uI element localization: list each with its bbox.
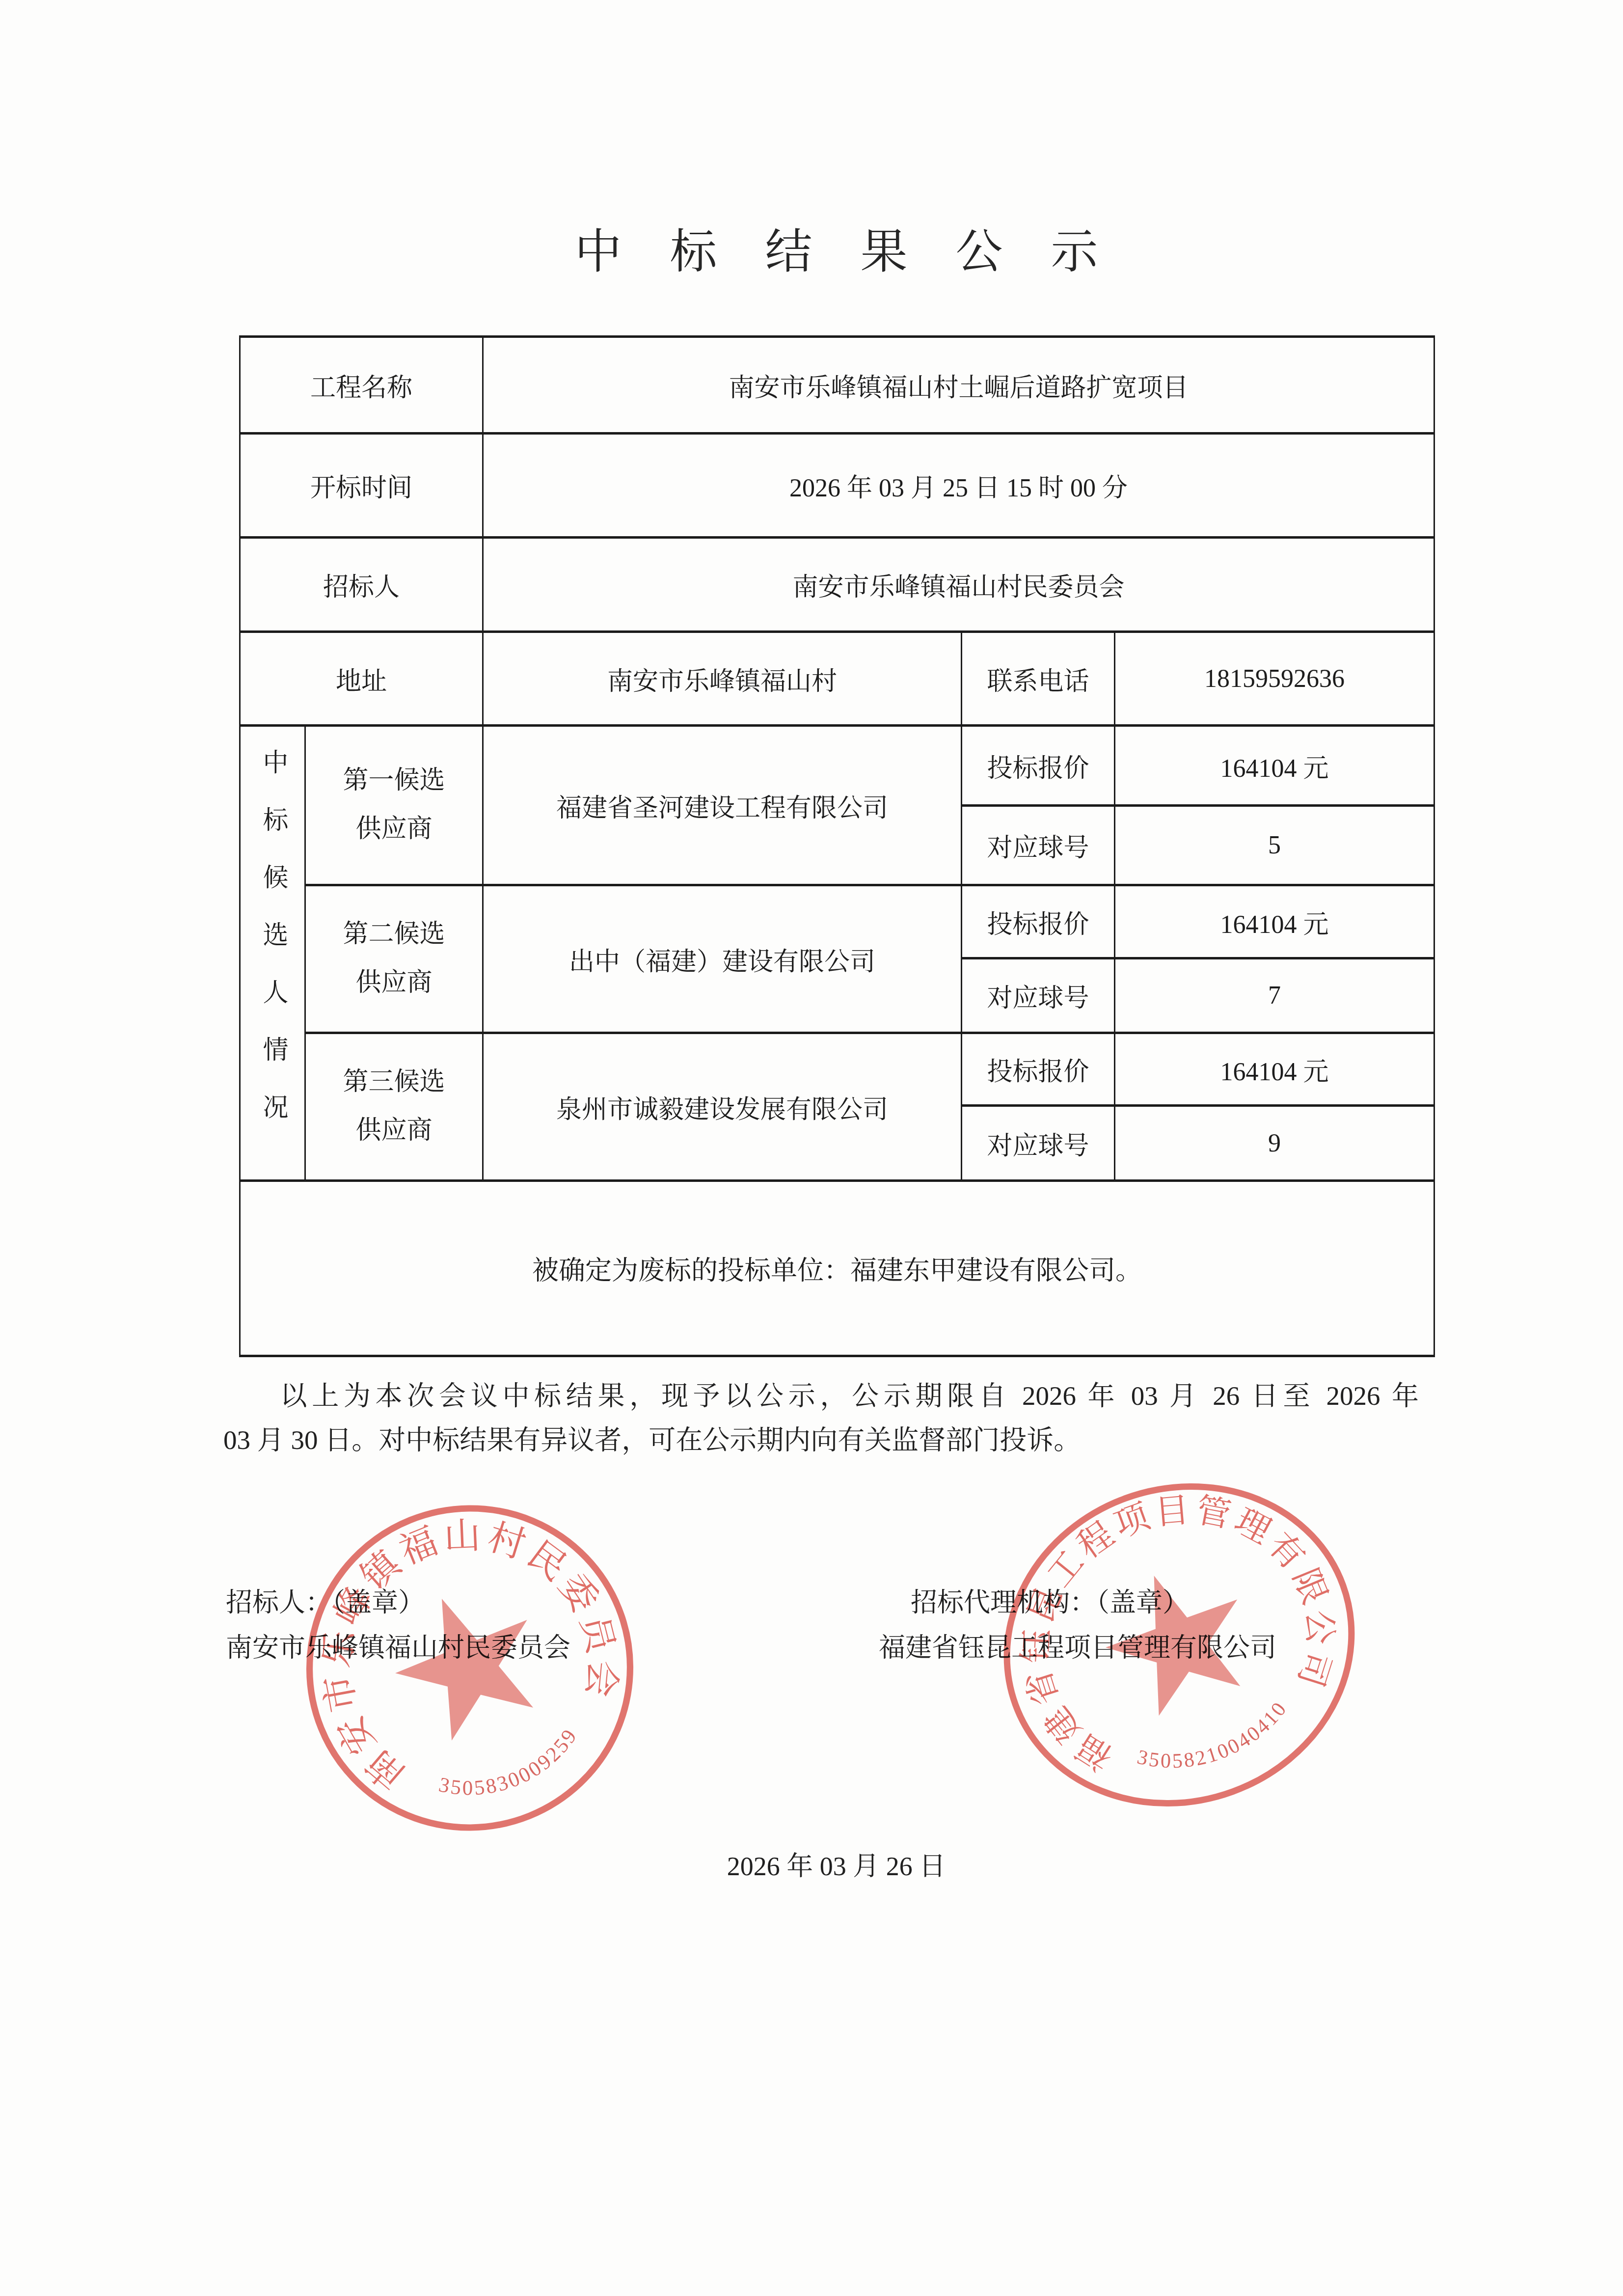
document-page: 中标结果公示 工程名称 南安市乐峰镇福山村土崛后道路扩宽项目 开标时间 2026… — [0, 0, 1623, 2296]
candidate1-company: 福建省圣河建设工程有限公司 — [483, 726, 962, 885]
tenderee-label: 招标人 — [240, 538, 483, 632]
seal-star-icon — [376, 1572, 559, 1751]
svg-text:35058210040410: 35058210040410 — [1129, 1693, 1301, 1793]
candidate3-company: 泉州市诚毅建设发展有限公司 — [483, 1033, 962, 1181]
candidate2-company: 出中（福建）建设有限公司 — [483, 885, 962, 1033]
announcement-paragraph: 以上为本次会议中标结果，现予以公示，公示期限自 2026 年 03 月 26 日… — [223, 1374, 1419, 1462]
candidate3-price-label: 投标报价 — [962, 1033, 1115, 1106]
invalid-bid-note: 被确定为废标的投标单位：福建东甲建设有限公司。 — [240, 1181, 1434, 1356]
address-label: 地址 — [240, 632, 483, 726]
candidate2-ball-label: 对应球号 — [962, 958, 1115, 1033]
project-name-value: 南安市乐峰镇福山村土崛后道路扩宽项目 — [483, 337, 1434, 434]
bid-result-table: 工程名称 南安市乐峰镇福山村土崛后道路扩宽项目 开标时间 2026 年 03 月… — [239, 335, 1435, 1357]
agency-seal: 福建省钰昆工程项目管理有限公司 35058210040410 — [993, 1478, 1366, 1812]
candidates-section-header: 中标候选人情况 — [240, 726, 305, 1181]
candidate2-price-label: 投标报价 — [962, 885, 1115, 958]
candidate3-ball-label: 对应球号 — [962, 1106, 1115, 1181]
phone-label: 联系电话 — [962, 632, 1115, 726]
project-name-label: 工程名称 — [240, 337, 483, 434]
page-title: 中标结果公示 — [239, 214, 1434, 281]
table-row: 招标人 南安市乐峰镇福山村民委员会 — [240, 538, 1434, 632]
candidate3-ball-value: 9 — [1115, 1106, 1434, 1181]
seal-star-icon — [1088, 1552, 1266, 1725]
tenderee-value: 南安市乐峰镇福山村民委员会 — [483, 538, 1434, 632]
candidate1-price-label: 投标报价 — [962, 726, 1115, 806]
candidate2-price-value: 164104 元 — [1115, 885, 1434, 958]
candidate2-ball-value: 7 — [1115, 958, 1434, 1033]
open-time-value: 2026 年 03 月 25 日 15 时 00 分 — [483, 434, 1434, 538]
address-value: 南安市乐峰镇福山村 — [483, 632, 962, 726]
announcement-line2: 03 月 30 日。对中标结果有异议者，可在公示期内向有关监督部门投诉。 — [223, 1418, 1419, 1462]
candidate2-rank-label: 第二候选供应商 — [305, 885, 483, 1033]
open-time-label: 开标时间 — [240, 434, 483, 538]
candidate1-price-value: 164104 元 — [1115, 726, 1434, 806]
candidate1-rank-label: 第一候选供应商 — [305, 726, 483, 885]
tenderee-seal: 南安市乐峰镇福山村民委员会 3505830009259 — [300, 1499, 639, 1837]
table-row: 开标时间 2026 年 03 月 25 日 15 时 00 分 — [240, 434, 1434, 538]
candidate3-rank-label: 第三候选供应商 — [305, 1033, 483, 1181]
table-row: 第三候选供应商 泉州市诚毅建设发展有限公司 投标报价 164104 元 — [240, 1033, 1434, 1106]
seal-serial-number: 35058210040410 — [1129, 1693, 1301, 1793]
announcement-line1: 以上为本次会议中标结果，现予以公示，公示期限自 2026 年 03 月 26 日… — [223, 1374, 1419, 1418]
candidate1-ball-value: 5 — [1115, 806, 1434, 885]
table-row: 中标候选人情况 第一候选供应商 福建省圣河建设工程有限公司 投标报价 16410… — [240, 726, 1434, 806]
table-row: 工程名称 南安市乐峰镇福山村土崛后道路扩宽项目 — [240, 337, 1434, 434]
document-date: 2026 年 03 月 26 日 — [239, 1845, 1434, 1883]
table-row: 被确定为废标的投标单位：福建东甲建设有限公司。 — [240, 1181, 1434, 1356]
candidate3-price-value: 164104 元 — [1115, 1033, 1434, 1106]
candidate1-ball-label: 对应球号 — [962, 806, 1115, 885]
phone-value: 18159592636 — [1115, 632, 1434, 726]
table-row: 地址 南安市乐峰镇福山村 联系电话 18159592636 — [240, 632, 1434, 726]
table-row: 第二候选供应商 出中（福建）建设有限公司 投标报价 164104 元 — [240, 885, 1434, 958]
